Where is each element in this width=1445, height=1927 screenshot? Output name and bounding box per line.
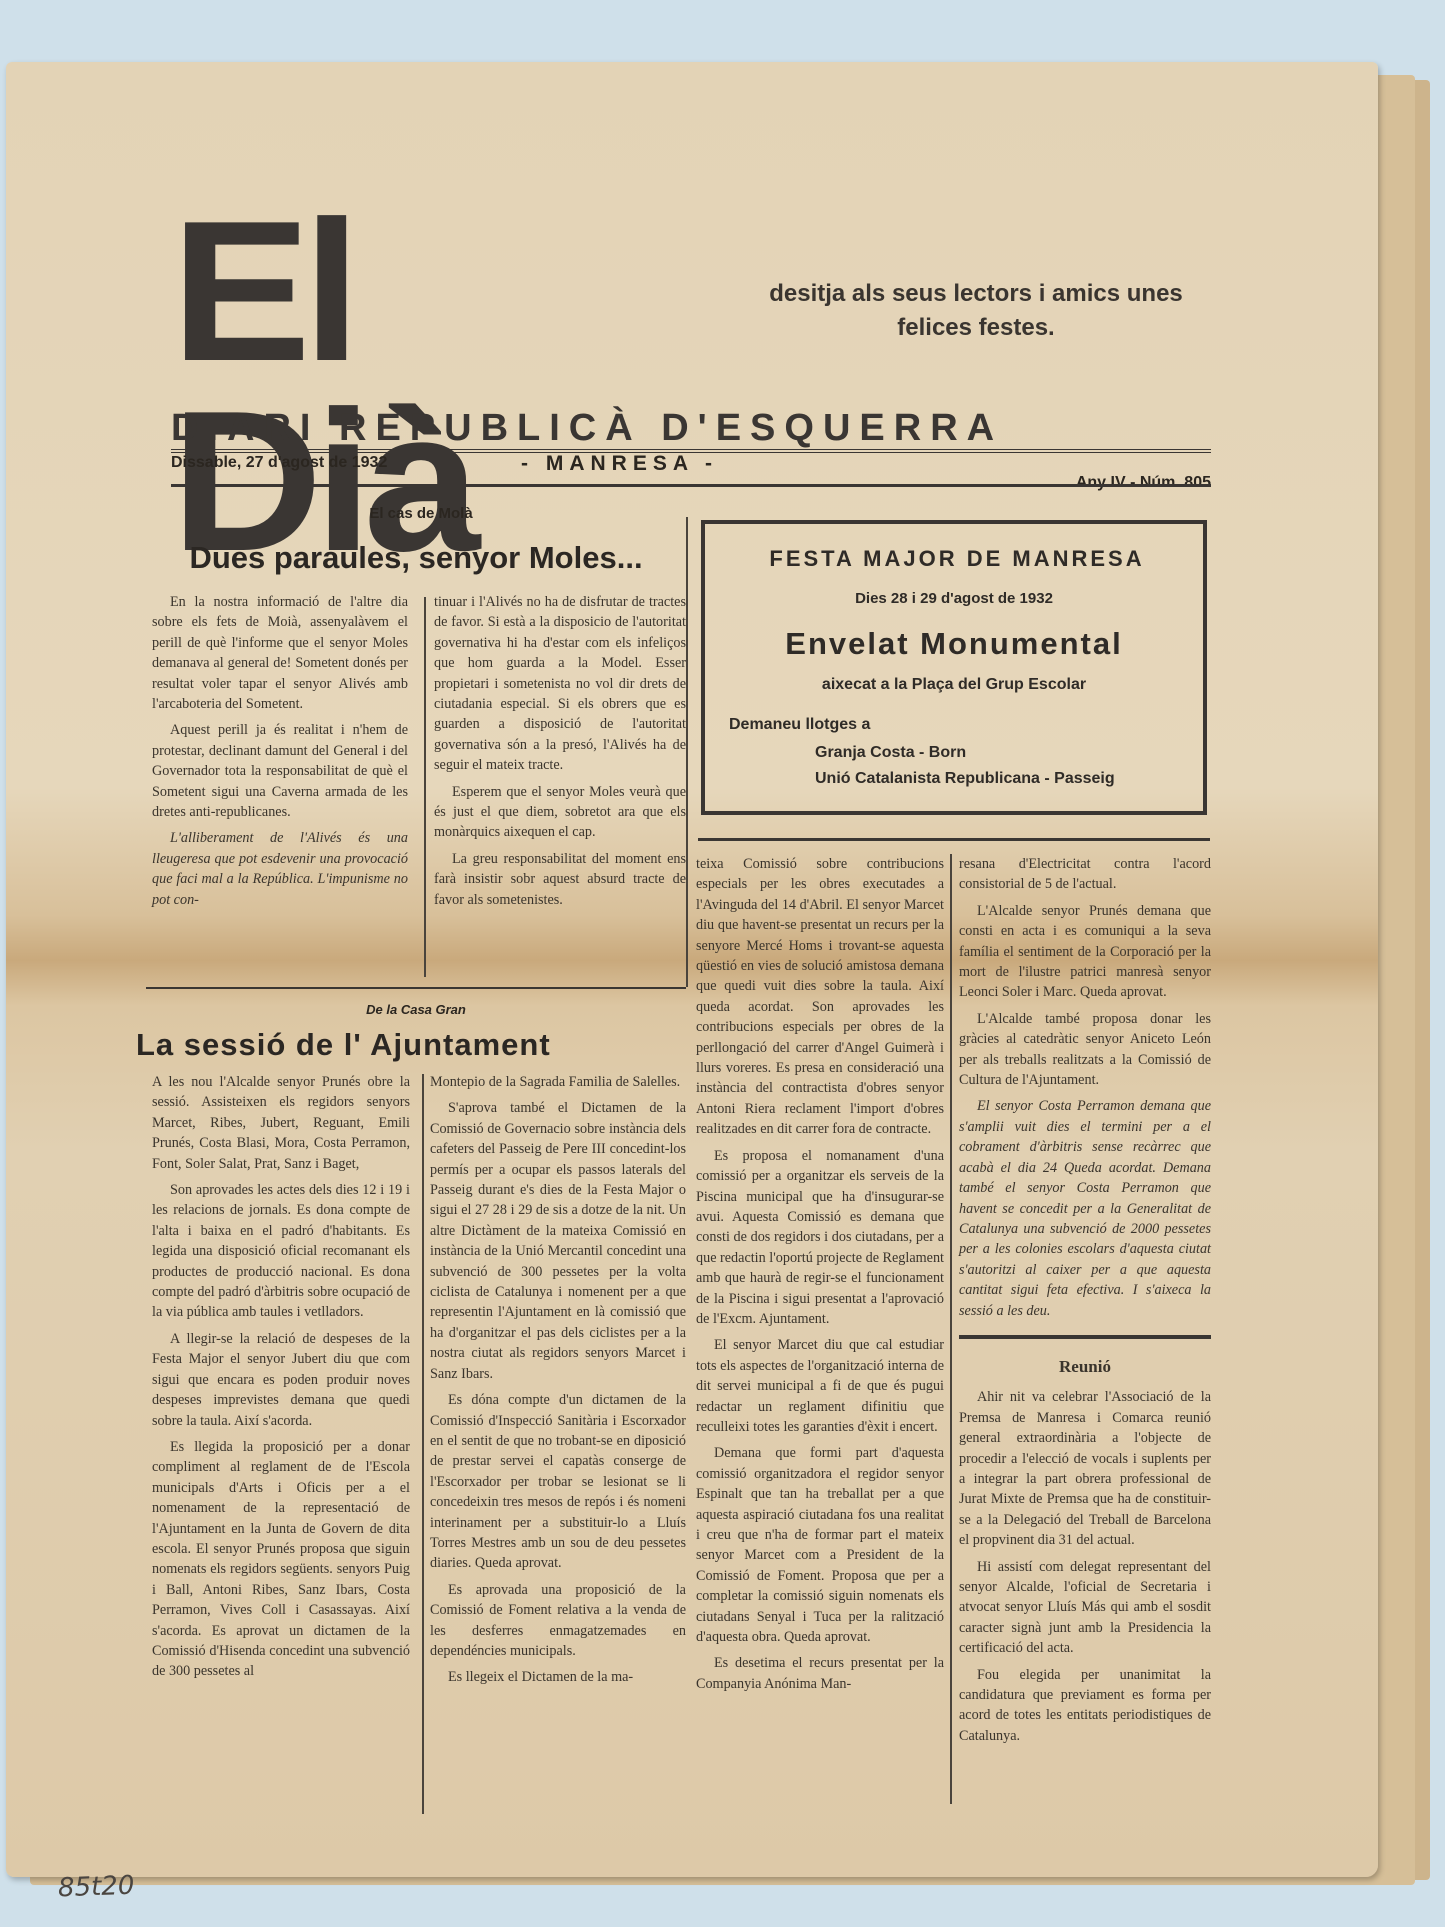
article1-headline: Dues paraules, senyor Moles... (146, 540, 686, 576)
dateline: Dissable, 27 d'agost de 1932 - MANRESA -… (171, 452, 1211, 488)
issue-date: Dissable, 27 d'agost de 1932 (171, 454, 387, 472)
paragraph: Es desetima el recurs presentat per la C… (696, 1653, 944, 1694)
ad-location: aixecat a la Plaça del Grup Escolar (705, 676, 1203, 694)
section-rule (959, 1335, 1211, 1339)
kicker-dash (414, 533, 428, 535)
article3-headline: Reunió (959, 1357, 1211, 1377)
ad-venue-2: Unió Catalanista Republicana - Passeig (815, 770, 1115, 788)
festa-major-advertisement: FESTA MAJOR DE MANRESA Dies 28 i 29 d'ag… (701, 520, 1207, 815)
paragraph: tinuar i l'Alivés no ha de disfrutar de … (434, 592, 686, 776)
handwritten-note: 85t20 (57, 1871, 134, 1904)
paragraph: resana d'Electricitat contra l'acord con… (959, 854, 1211, 895)
article2-column-1: A les nou l'Alcalde senyor Prunés obre l… (152, 1072, 410, 1688)
ad-title: FESTA MAJOR DE MANRESA (727, 546, 1187, 572)
paragraph: El senyor Marcet diu que cal estudiar to… (696, 1335, 944, 1437)
paragraph: teixa Comissió sobre contribucions espec… (696, 854, 944, 1140)
city: - MANRESA - (521, 452, 718, 476)
column-divider (686, 517, 688, 987)
column-divider (424, 597, 426, 977)
article2-column-3: teixa Comissió sobre contribucions espec… (696, 854, 944, 1700)
paragraph: Es aprovada una proposició de la Comissi… (430, 1580, 686, 1662)
ad-headline: Envelat Monumental (705, 626, 1203, 662)
paragraph: Demana que formi part d'aquesta comissió… (696, 1443, 944, 1647)
ad-venue-1: Granja Costa - Born (815, 744, 966, 762)
masthead-subtitle: DIARI REPUBLICÀ D'ESQUERRA (171, 407, 1211, 453)
greeting-line-1: desitja als seus lectors i amics unes (726, 277, 1226, 311)
paragraph: Es llegeix el Dictamen de la ma- (430, 1667, 686, 1687)
article1-kicker: El cas de Molà (171, 505, 671, 522)
paragraph: L'alliberament de l'Alivés és una lleuge… (152, 828, 408, 910)
paragraph: Ahir nit va celebrar l'Associació de la … (959, 1387, 1211, 1550)
column-divider (950, 854, 952, 1804)
paragraph: S'aprova també el Dictamen de la Comissi… (430, 1098, 686, 1384)
paragraph: L'Alcalde també proposa donar les gràcie… (959, 1009, 1211, 1091)
ad-rule (698, 838, 1210, 841)
article2-headline: La sessió de l' Ajuntament (136, 1027, 696, 1063)
paragraph: La greu responsabilitat del moment ens f… (434, 849, 686, 910)
article1-column-1: En la nostra informació de l'altre dia s… (152, 592, 408, 916)
paragraph: Montepio de la Sagrada Familia de Salell… (430, 1072, 686, 1092)
paragraph: Fou elegida per unanimitat la candidatur… (959, 1665, 1211, 1747)
newspaper-page: El Dià desitja als seus lectors i amics … (6, 62, 1378, 1877)
paragraph: Es dóna compte d'un dictamen de la Comis… (430, 1390, 686, 1574)
ad-call-to-action: Demaneu llotges a (729, 716, 870, 734)
article-separator (146, 987, 686, 989)
paragraph: Aquest perill ja és realitat i n'hem de … (152, 720, 408, 822)
issue-number: Any IV - Núm. 805 (1076, 474, 1211, 492)
paragraph: L'Alcalde senyor Prunés demana que const… (959, 901, 1211, 1003)
paragraph: Hi assistí com delegat representant del … (959, 1557, 1211, 1659)
paragraph: A les nou l'Alcalde senyor Prunés obre l… (152, 1072, 410, 1174)
paragraph: Son aprovades les actes dels dies 12 i 1… (152, 1180, 410, 1323)
greeting-line-2: felices festes. (726, 311, 1226, 345)
masthead-logo: El Dià (171, 197, 651, 397)
article2-column-2: Montepio de la Sagrada Familia de Salell… (430, 1072, 686, 1694)
ad-dates: Dies 28 i 29 d'agost de 1932 (705, 590, 1203, 607)
paragraph: Es proposa el nomanament d'una comissió … (696, 1146, 944, 1330)
paragraph: Es llegida la proposició per a donar com… (152, 1437, 410, 1682)
article2-column-4: resana d'Electricitat contra l'acord con… (959, 854, 1211, 1752)
article1-column-2: tinuar i l'Alivés no ha de disfrutar de … (434, 592, 686, 916)
paragraph: Esperem que el senyor Moles veurà que és… (434, 782, 686, 843)
greeting: desitja als seus lectors i amics unes fe… (726, 277, 1226, 345)
column-divider (422, 1074, 424, 1814)
masthead-rule (171, 484, 1211, 487)
paragraph: El senyor Costa Perramon demana que s'am… (959, 1096, 1211, 1320)
paragraph: En la nostra informació de l'altre dia s… (152, 592, 408, 714)
paragraph: A llegir-se la relació de despeses de la… (152, 1329, 410, 1431)
article2-kicker: De la Casa Gran (146, 1002, 686, 1017)
